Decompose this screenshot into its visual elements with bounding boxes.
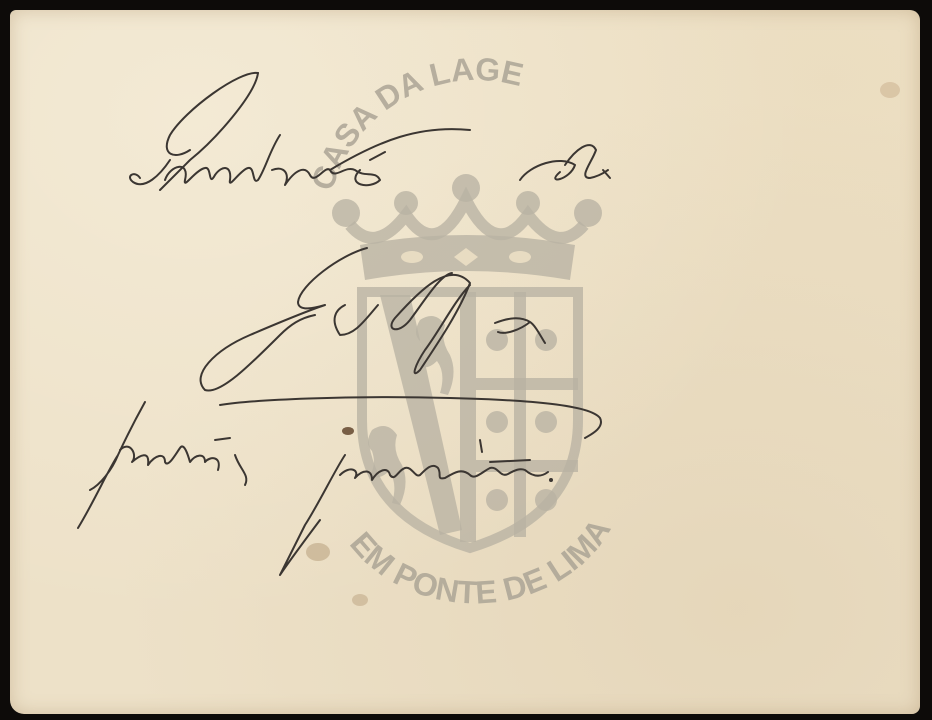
handwriting-line-1 [130,73,610,190]
handwritten-address [0,0,932,720]
paper-stains [306,82,900,606]
handwriting-line-2 [201,248,601,438]
